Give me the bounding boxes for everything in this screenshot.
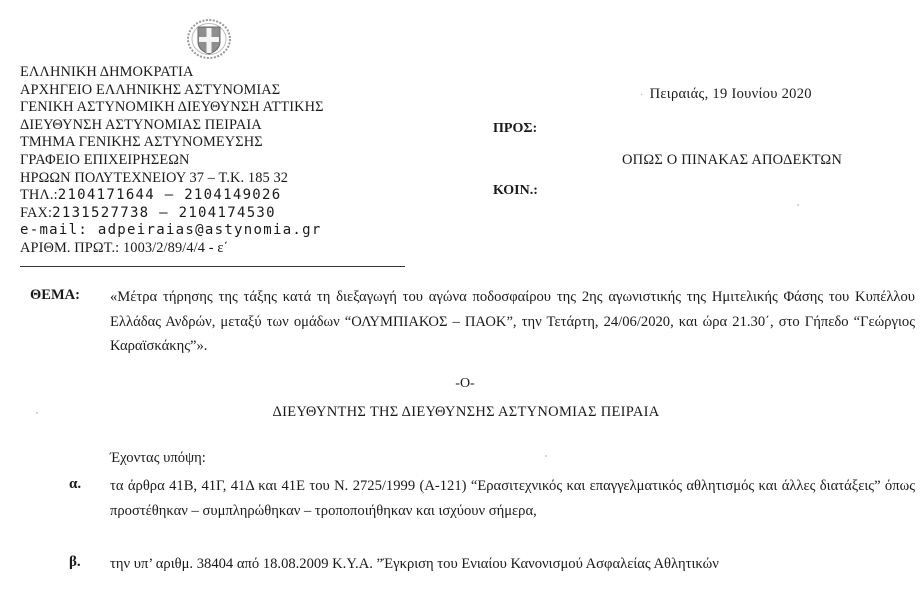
item-text: τα άρθρα 41Β, 41Γ, 41Δ και 41Ε του Ν. 27… [110, 474, 915, 523]
speck: · [640, 90, 644, 101]
issuer-line: ΔΙΕΥΘΥΝΣΗ ΑΣΤΥΝΟΜΙΑΣ ΠΕΙΡΑΙΑ [20, 117, 324, 135]
to-label: ΠΡΟΣ: [493, 121, 537, 137]
item-marker: α. [69, 476, 81, 493]
phone-value: 2104171644 – 2104149026 [58, 187, 282, 203]
phone-line: ΤΗΛ.:2104171644 – 2104149026 [20, 187, 324, 205]
scan-speck [545, 455, 547, 457]
scan-speck [797, 204, 799, 206]
considering-heading: Έχοντας υπόψη: [110, 450, 206, 467]
issuer-divider [20, 266, 405, 267]
email-value: adpeiraias@astynomia.gr [98, 222, 322, 238]
email-line: e-mail: adpeiraias@astynomia.gr [20, 222, 324, 240]
issuer-line: ΑΡΧΗΓΕΙΟ ΕΛΛΗΝΙΚΗΣ ΑΣΤΥΝΟΜΙΑΣ [20, 82, 324, 100]
item-marker: β. [69, 554, 81, 571]
issuer-block: ΕΛΛΗΝΙΚΗ ΔΗΜΟΚΡΑΤΙΑ ΑΡΧΗΓΕΙΟ ΕΛΛΗΝΙΚΗΣ Α… [20, 64, 324, 258]
place-date: ·Πειραιάς, 19 Ιουνίου 2020 [640, 86, 812, 103]
issuer-line: ΓΕΝΙΚΗ ΑΣΤΥΝΟΜΙΚΗ ΔΙΕΥΘΥΝΣΗ ΑΤΤΙΚΗΣ [20, 99, 324, 117]
item-text: την υπ’ αριθμ. 38404 από 18.08.2009 Κ.Υ.… [110, 552, 915, 577]
subject-text: «Μέτρα τήρησης της τάξης κατά τη διεξαγω… [110, 285, 915, 359]
issuer-line: ΤΜΗΜΑ ΓΕΝΙΚΗΣ ΑΣΤΥΝΟΜΕΥΣΗΣ [20, 134, 324, 152]
fax-line: FAX:2131527738 – 2104174530 [20, 205, 324, 223]
issuer-address: ΗΡΩΩΝ ΠΟΛΥΤΕΧΝΕΙΟΥ 37 – Τ.Κ. 185 32 [20, 170, 324, 188]
fax-label: FAX: [20, 205, 52, 221]
to-value: ΟΠΩΣ Ο ΠΙΝΑΚΑΣ ΑΠΟΔΕΚΤΩΝ [622, 152, 842, 169]
subject-label: ΘΕΜΑ: [30, 287, 80, 304]
section-separator: -Ο- [0, 376, 920, 392]
place-date-text: Πειραιάς, 19 Ιουνίου 2020 [650, 86, 812, 102]
fax-value: 2131527738 – 2104174530 [52, 205, 276, 221]
phone-label: ΤΗΛ.: [20, 187, 58, 203]
email-label: e-mail: [20, 222, 88, 238]
protocol-line: ΑΡΙΘΜ. ΠΡΩΤ.: 1003/2/89/4/4 - ε΄ [20, 240, 324, 258]
cc-label: ΚΟΙΝ.: [493, 183, 538, 199]
protocol-label: ΑΡΙΘΜ. ΠΡΩΤ.: [20, 240, 119, 256]
protocol-value: 1003/2/89/4/4 - ε΄ [123, 240, 228, 256]
issuer-line: ΕΛΛΗΝΙΚΗ ΔΗΜΟΚΡΑΤΙΑ [20, 64, 324, 82]
greek-coat-of-arms-icon [186, 18, 232, 60]
director-title: ΔΙΕΥΘΥΝΤΗΣ ΤΗΣ ΔΙΕΥΘΥΝΣΗΣ ΑΣΤΥΝΟΜΙΑΣ ΠΕΙ… [0, 404, 920, 421]
issuer-line: ΓΡΑΦΕΙΟ ΕΠΙΧΕΙΡΗΣΕΩΝ [20, 152, 324, 170]
scan-speck [36, 412, 38, 414]
